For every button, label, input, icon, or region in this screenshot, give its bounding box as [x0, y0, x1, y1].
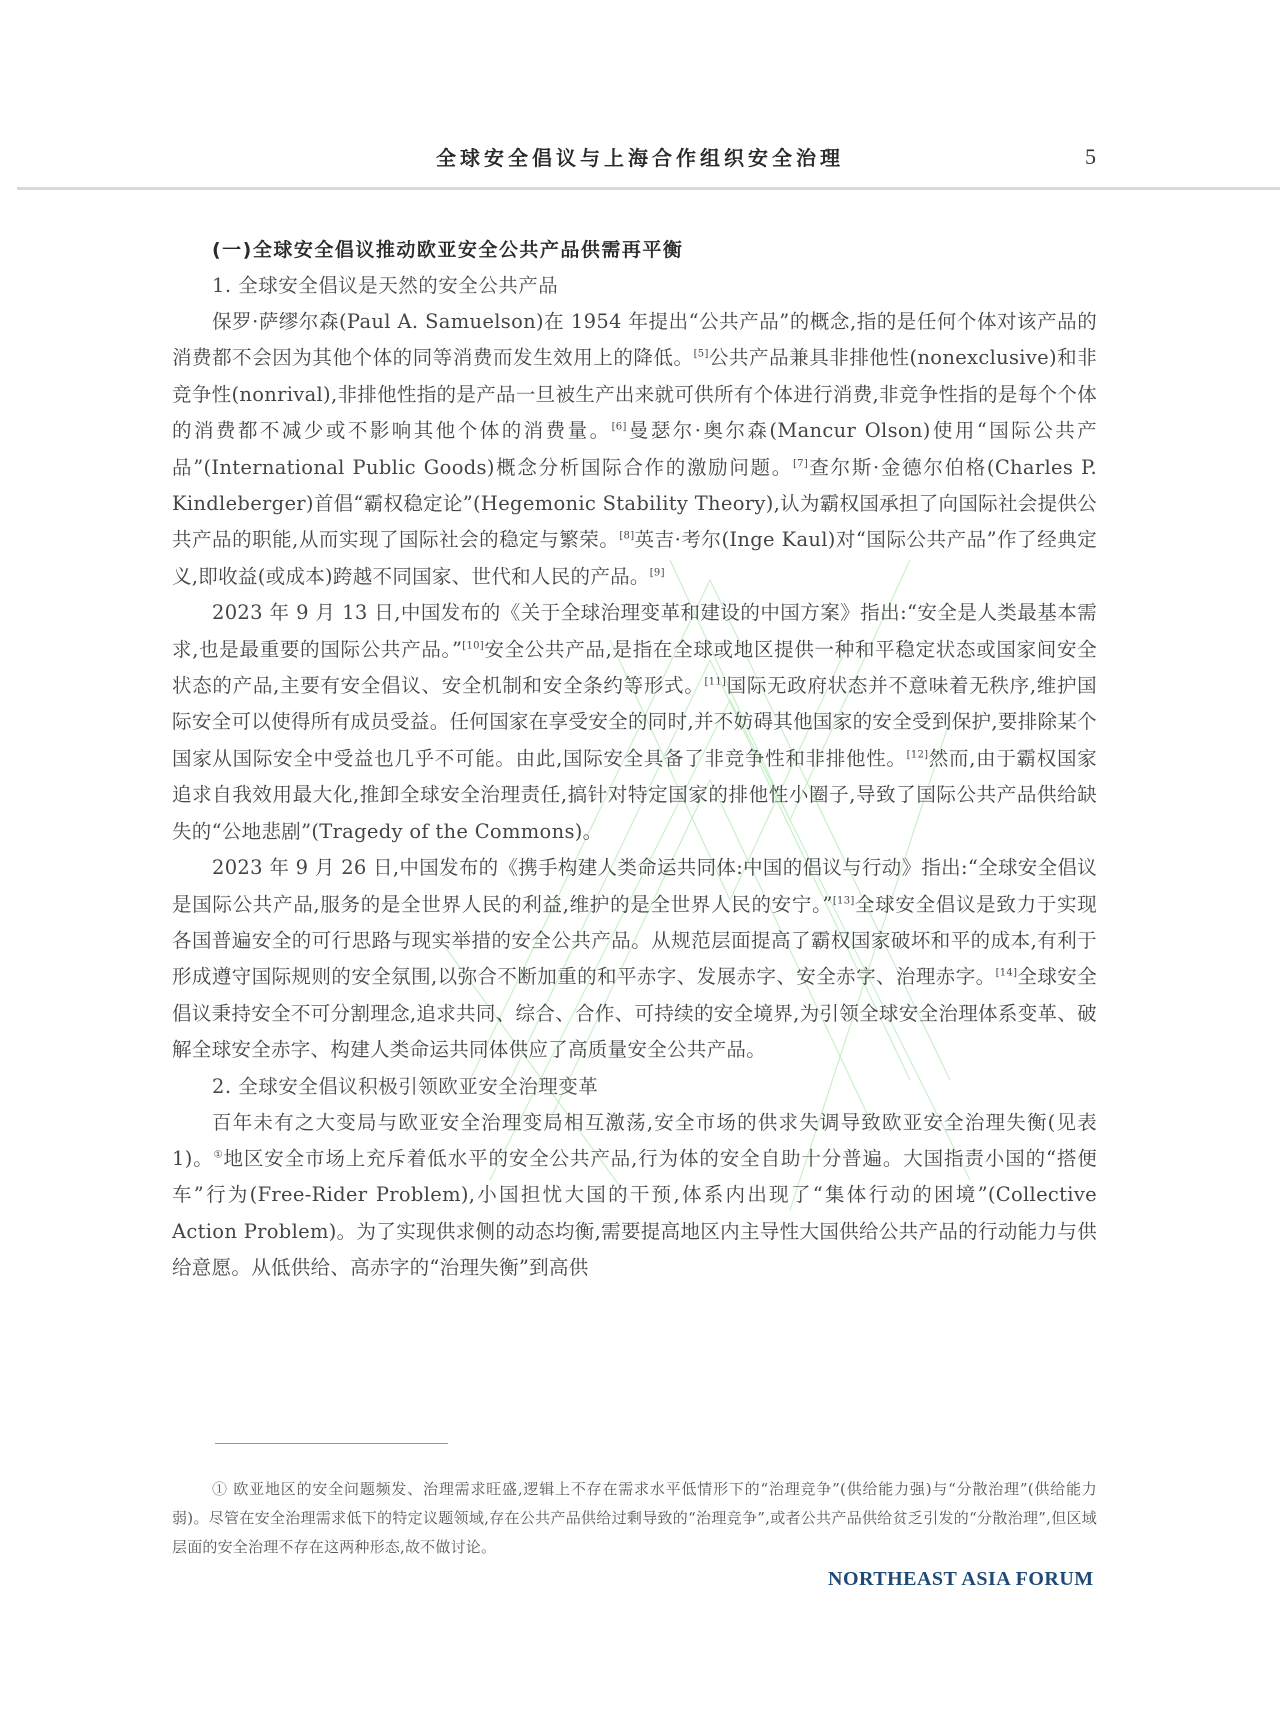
subsection-title-1: 1. 全球安全倡议是天然的安全公共产品	[212, 268, 1097, 304]
section-heading: (一)全球安全倡议推动欧亚安全公共产品供需再平衡	[212, 232, 1097, 268]
paragraph-eurasia-governance: 百年未有之大变局与欧亚安全治理变局相互激荡,安全市场的供求失调导致欧亚安全治理失…	[172, 1105, 1097, 1287]
subsection-title-2: 2. 全球安全倡议积极引领欧亚安全治理变革	[212, 1069, 1097, 1105]
paragraph-gsi-public-good: 2023 年 9 月 26 日,中国发布的《携手构建人类命运共同体:中国的倡议与…	[172, 850, 1097, 1068]
text-segment: 地区安全市场上充斥着低水平的安全公共产品,行为体的安全自助十分普遍。大国指责小国…	[172, 1147, 1097, 1279]
citation-5: [5]	[694, 349, 709, 360]
header-rule	[17, 187, 1280, 190]
citation-13: [13]	[833, 895, 855, 906]
footnote-rule	[215, 1443, 448, 1444]
footnote-ref-1[interactable]: ①	[214, 1149, 224, 1160]
citation-8: [8]	[619, 531, 634, 542]
footnote-text: 欧亚地区的安全问题频发、治理需求旺盛,逻辑上不存在需求水平低情形下的“治理竞争”…	[172, 1480, 1097, 1556]
footnote-marker: ①	[212, 1480, 228, 1498]
journal-name: NORTHEAST ASIA FORUM	[828, 1568, 1094, 1591]
citation-11: [11]	[704, 677, 726, 688]
article-body: (一)全球安全倡议推动欧亚安全公共产品供需再平衡 1. 全球安全倡议是天然的安全…	[172, 232, 1097, 1287]
citation-12: [12]	[907, 749, 929, 760]
running-head: 全球安全倡议与上海合作组织安全治理 5	[0, 142, 1280, 182]
citation-14: [14]	[996, 968, 1018, 979]
footnote: ① 欧亚地区的安全问题频发、治理需求旺盛,逻辑上不存在需求水平低情形下的“治理竞…	[172, 1475, 1097, 1562]
citation-6: [6]	[612, 422, 627, 433]
citation-9: [9]	[650, 567, 665, 578]
paragraph-public-goods: 保罗·萨缪尔森(Paul A. Samuelson)在 1954 年提出“公共产…	[172, 304, 1097, 595]
page-number: 5	[1085, 144, 1096, 170]
citation-7: [7]	[793, 458, 808, 469]
paragraph-security-public-goods: 2023 年 9 月 13 日,中国发布的《关于全球治理变革和建设的中国方案》指…	[172, 595, 1097, 850]
citation-10: [10]	[462, 640, 484, 651]
